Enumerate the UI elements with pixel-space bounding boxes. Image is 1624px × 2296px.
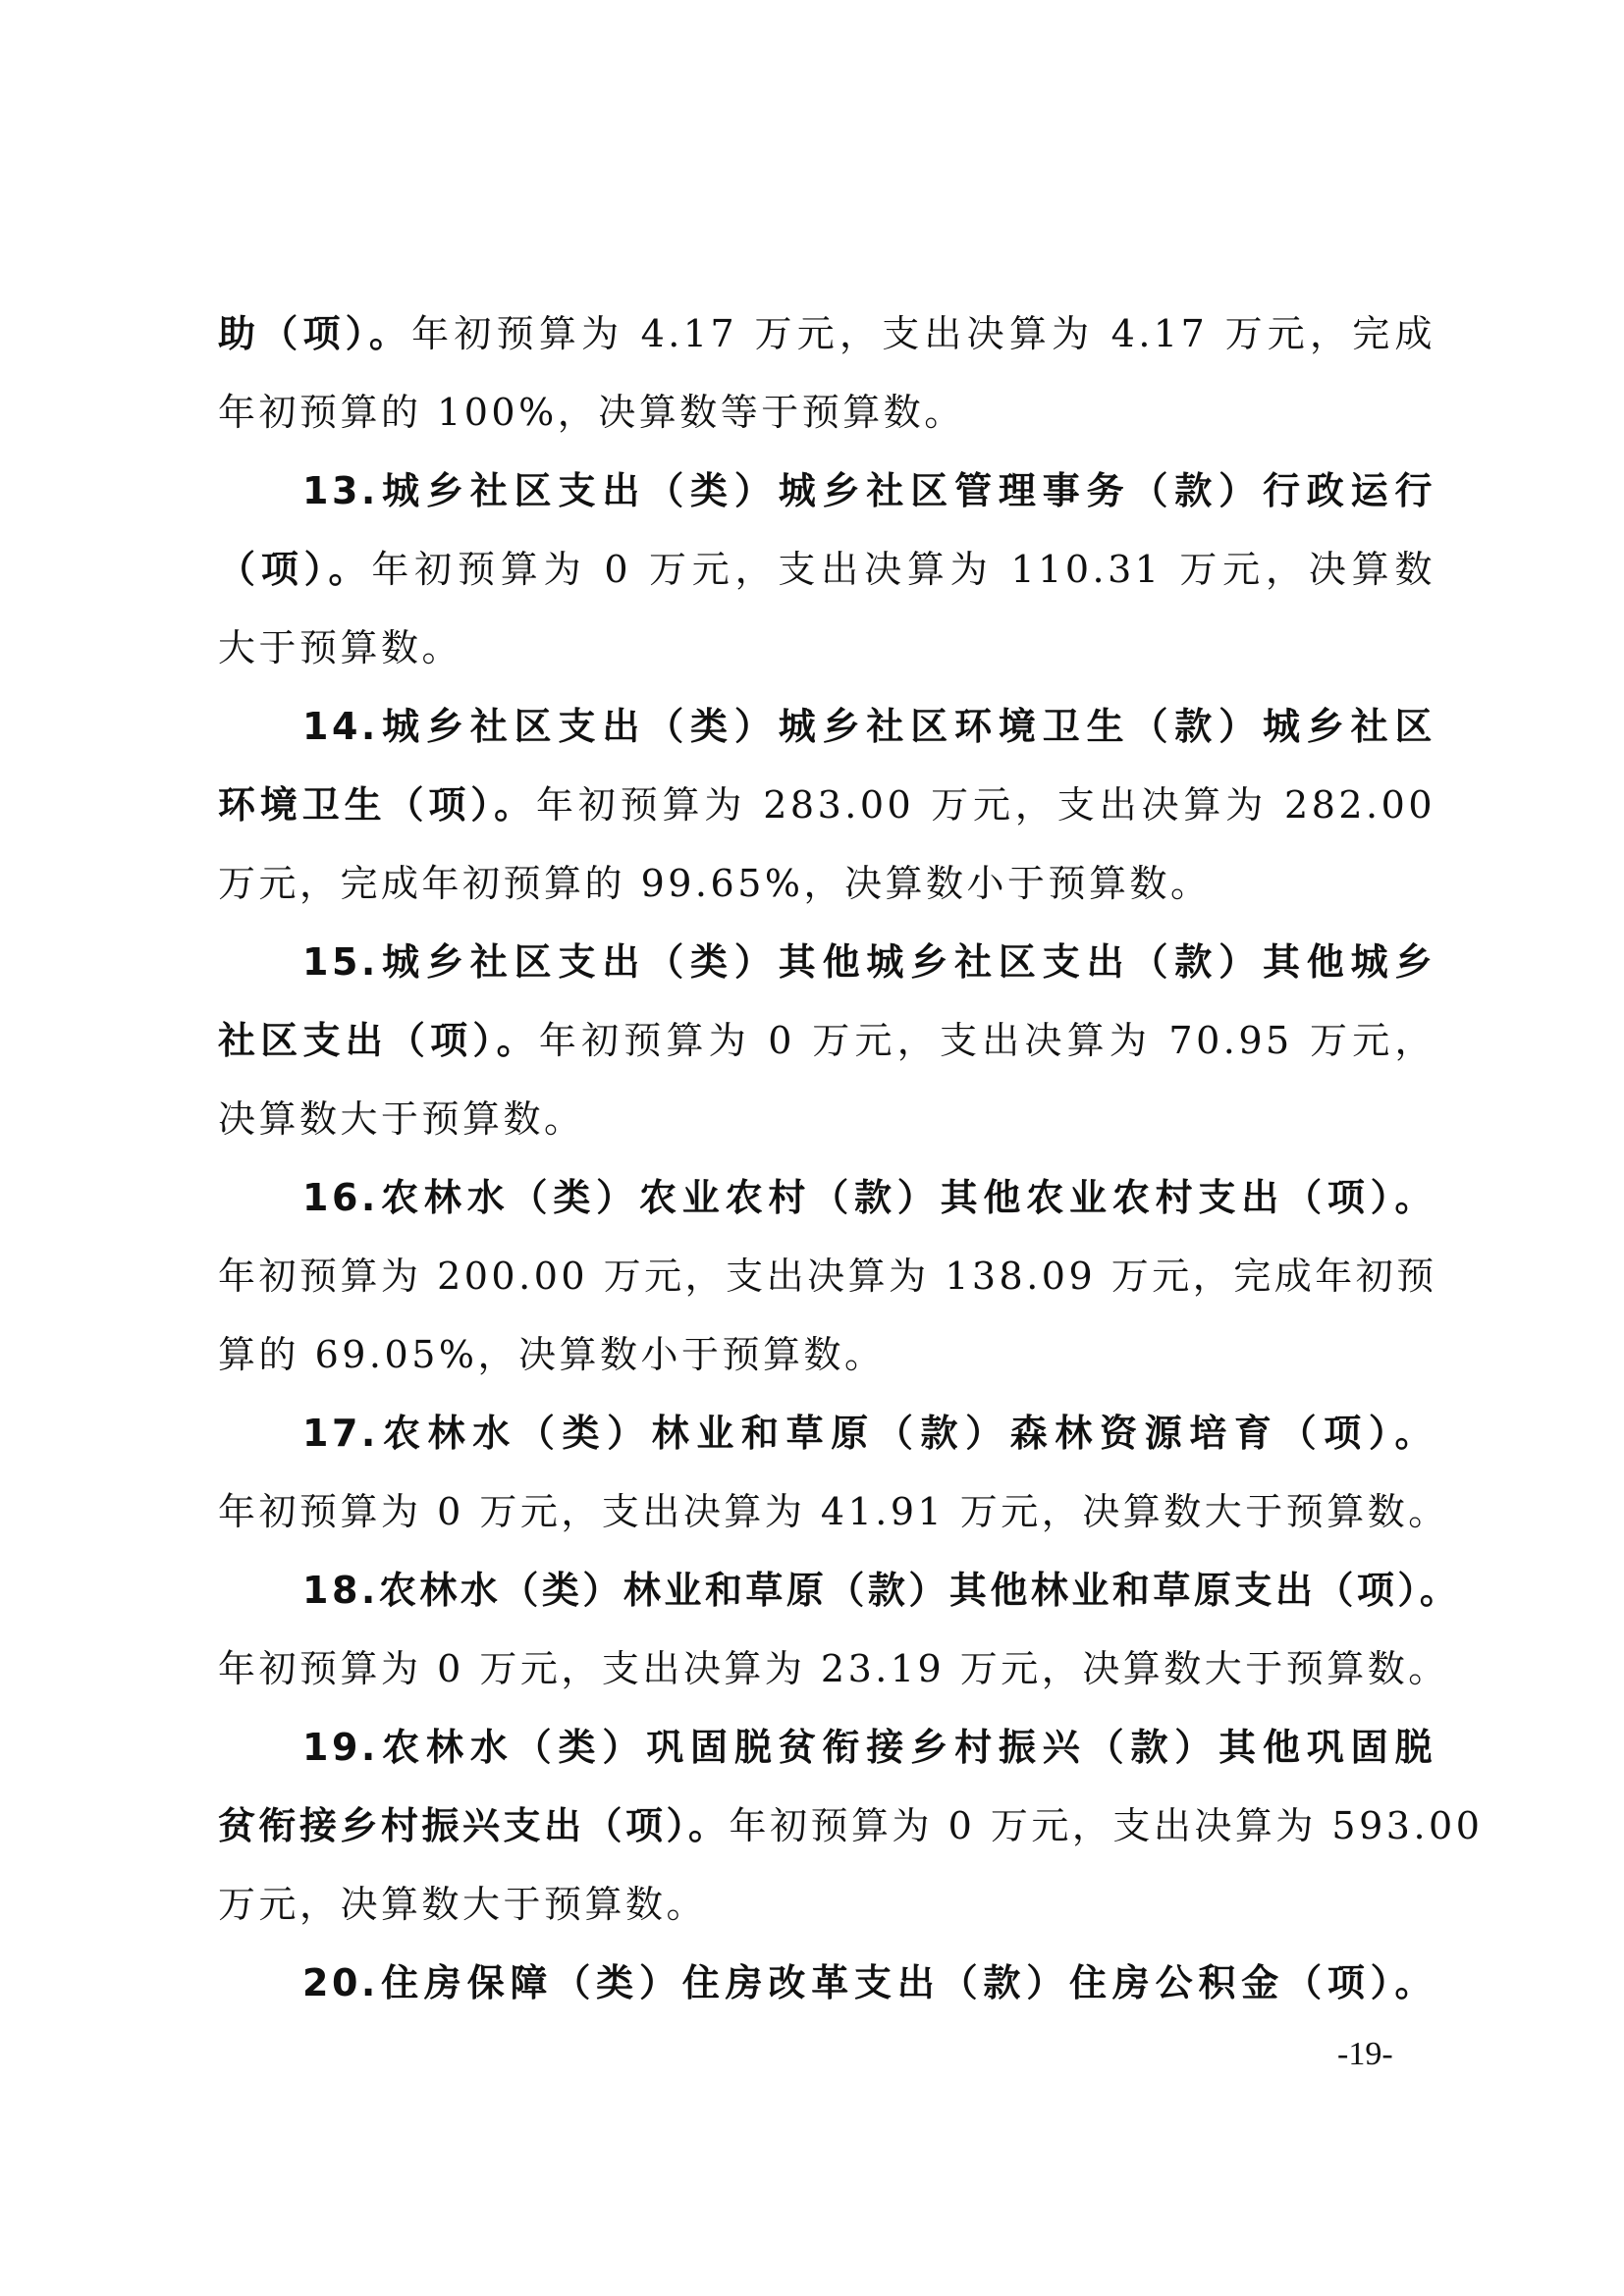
paragraph-17-heading: 17.农林水（类）林业和草原（款）森林资源培育（项）。 [218, 1394, 1435, 1472]
body-text: 年初预算为 0 万元，支出决算为 593.00 [730, 1804, 1484, 1847]
body-text: 年初预算的 100%，决算数等于预算数。 [218, 391, 965, 434]
bold-heading-text: 17.农林水（类）林业和草原（款）森林资源培育（项）。 [302, 1412, 1435, 1455]
body-text: 年初预算为 200.00 万元，支出决算为 138.09 万元，完成年初预 [218, 1255, 1437, 1298]
text-line-5: 大于预算数。 [218, 609, 1435, 687]
text-line-4: （项）。年初预算为 0 万元，支出决算为 110.31 万元，决算数 [218, 530, 1435, 609]
body-text: 决算数大于预算数。 [218, 1097, 585, 1141]
text-line-20: 贫衔接乡村振兴支出（项）。年初预算为 0 万元，支出决算为 593.00 [218, 1787, 1435, 1865]
text-line-7: 环境卫生（项）。年初预算为 283.00 万元，支出决算为 282.00 [218, 766, 1435, 844]
bold-heading-text: 14.城乡社区支出（类）城乡社区环境卫生（款）城乡社区 [302, 705, 1435, 748]
text-line-21: 万元，决算数大于预算数。 [218, 1865, 1435, 1944]
paragraph-19-heading: 19.农林水（类）巩固脱贫衔接乡村振兴（款）其他巩固脱 [218, 1708, 1435, 1787]
bold-heading-text: 15.城乡社区支出（类）其他城乡社区支出（款）其他城乡 [302, 940, 1435, 984]
body-text: 年初预算为 283.00 万元，支出决算为 282.00 [536, 783, 1435, 827]
text-line-18: 年初预算为 0 万元，支出决算为 23.19 万元，决算数大于预算数。 [218, 1629, 1435, 1708]
paragraph-16-heading: 16.农林水（类）农业农村（款）其他农业农村支出（项）。 [218, 1158, 1435, 1237]
text-line-2: 年初预算的 100%，决算数等于预算数。 [218, 373, 1435, 452]
bold-heading-text: 贫衔接乡村振兴支出（项）。 [218, 1804, 730, 1847]
body-text: 万元，完成年初预算的 99.65%，决算数小于预算数。 [218, 862, 1211, 905]
bold-heading-text: 13.城乡社区支出（类）城乡社区管理事务（款）行政运行 [302, 469, 1435, 512]
bold-heading-text: 环境卫生（项）。 [218, 783, 536, 827]
text-line-8: 万元，完成年初预算的 99.65%，决算数小于预算数。 [218, 844, 1435, 923]
page-number: -19- [1337, 2036, 1393, 2073]
bold-heading-text: 20.住房保障（类）住房改革支出（款）住房公积金（项）。 [302, 1961, 1435, 2004]
document-page-body: 助（项）。年初预算为 4.17 万元，支出决算为 4.17 万元，完成 年初预算… [218, 294, 1435, 2022]
paragraph-15-heading: 15.城乡社区支出（类）其他城乡社区支出（款）其他城乡 [218, 923, 1435, 1001]
body-text: 大于预算数。 [218, 626, 462, 669]
text-line-10: 社区支出（项）。年初预算为 0 万元，支出决算为 70.95 万元， [218, 1001, 1435, 1080]
text-line-1: 助（项）。年初预算为 4.17 万元，支出决算为 4.17 万元，完成 [218, 294, 1435, 373]
body-text: 年初预算为 0 万元，支出决算为 41.91 万元，决算数大于预算数。 [218, 1490, 1449, 1533]
text-line-13: 年初预算为 200.00 万元，支出决算为 138.09 万元，完成年初预 [218, 1237, 1435, 1315]
bold-heading-text: 助（项）。 [218, 312, 411, 355]
paragraph-20-heading: 20.住房保障（类）住房改革支出（款）住房公积金（项）。 [218, 1944, 1435, 2022]
body-text: 年初预算为 0 万元，支出决算为 70.95 万元， [539, 1019, 1435, 1062]
bold-heading-text: （项）。 [218, 548, 371, 591]
paragraph-13-heading: 13.城乡社区支出（类）城乡社区管理事务（款）行政运行 [218, 452, 1435, 530]
bold-heading-text: 16.农林水（类）农业农村（款）其他农业农村支出（项）。 [302, 1176, 1435, 1219]
text-line-11: 决算数大于预算数。 [218, 1080, 1435, 1158]
body-text: 算的 69.05%，决算数小于预算数。 [218, 1333, 885, 1376]
body-text: 万元，决算数大于预算数。 [218, 1883, 707, 1926]
text-line-14: 算的 69.05%，决算数小于预算数。 [218, 1315, 1435, 1394]
bold-heading-text: 社区支出（项）。 [218, 1019, 539, 1062]
paragraph-18-heading: 18.农林水（类）林业和草原（款）其他林业和草原支出（项）。 [218, 1551, 1435, 1629]
body-text: 年初预算为 0 万元，支出决算为 23.19 万元，决算数大于预算数。 [218, 1647, 1449, 1690]
paragraph-14-heading: 14.城乡社区支出（类）城乡社区环境卫生（款）城乡社区 [218, 687, 1435, 766]
text-line-16: 年初预算为 0 万元，支出决算为 41.91 万元，决算数大于预算数。 [218, 1472, 1435, 1551]
body-text: 年初预算为 4.17 万元，支出决算为 4.17 万元，完成 [411, 312, 1435, 355]
bold-heading-text: 18.农林水（类）林业和草原（款）其他林业和草原支出（项）。 [302, 1569, 1460, 1612]
bold-heading-text: 19.农林水（类）巩固脱贫衔接乡村振兴（款）其他巩固脱 [302, 1726, 1435, 1769]
body-text: 年初预算为 0 万元，支出决算为 110.31 万元，决算数 [371, 548, 1435, 591]
